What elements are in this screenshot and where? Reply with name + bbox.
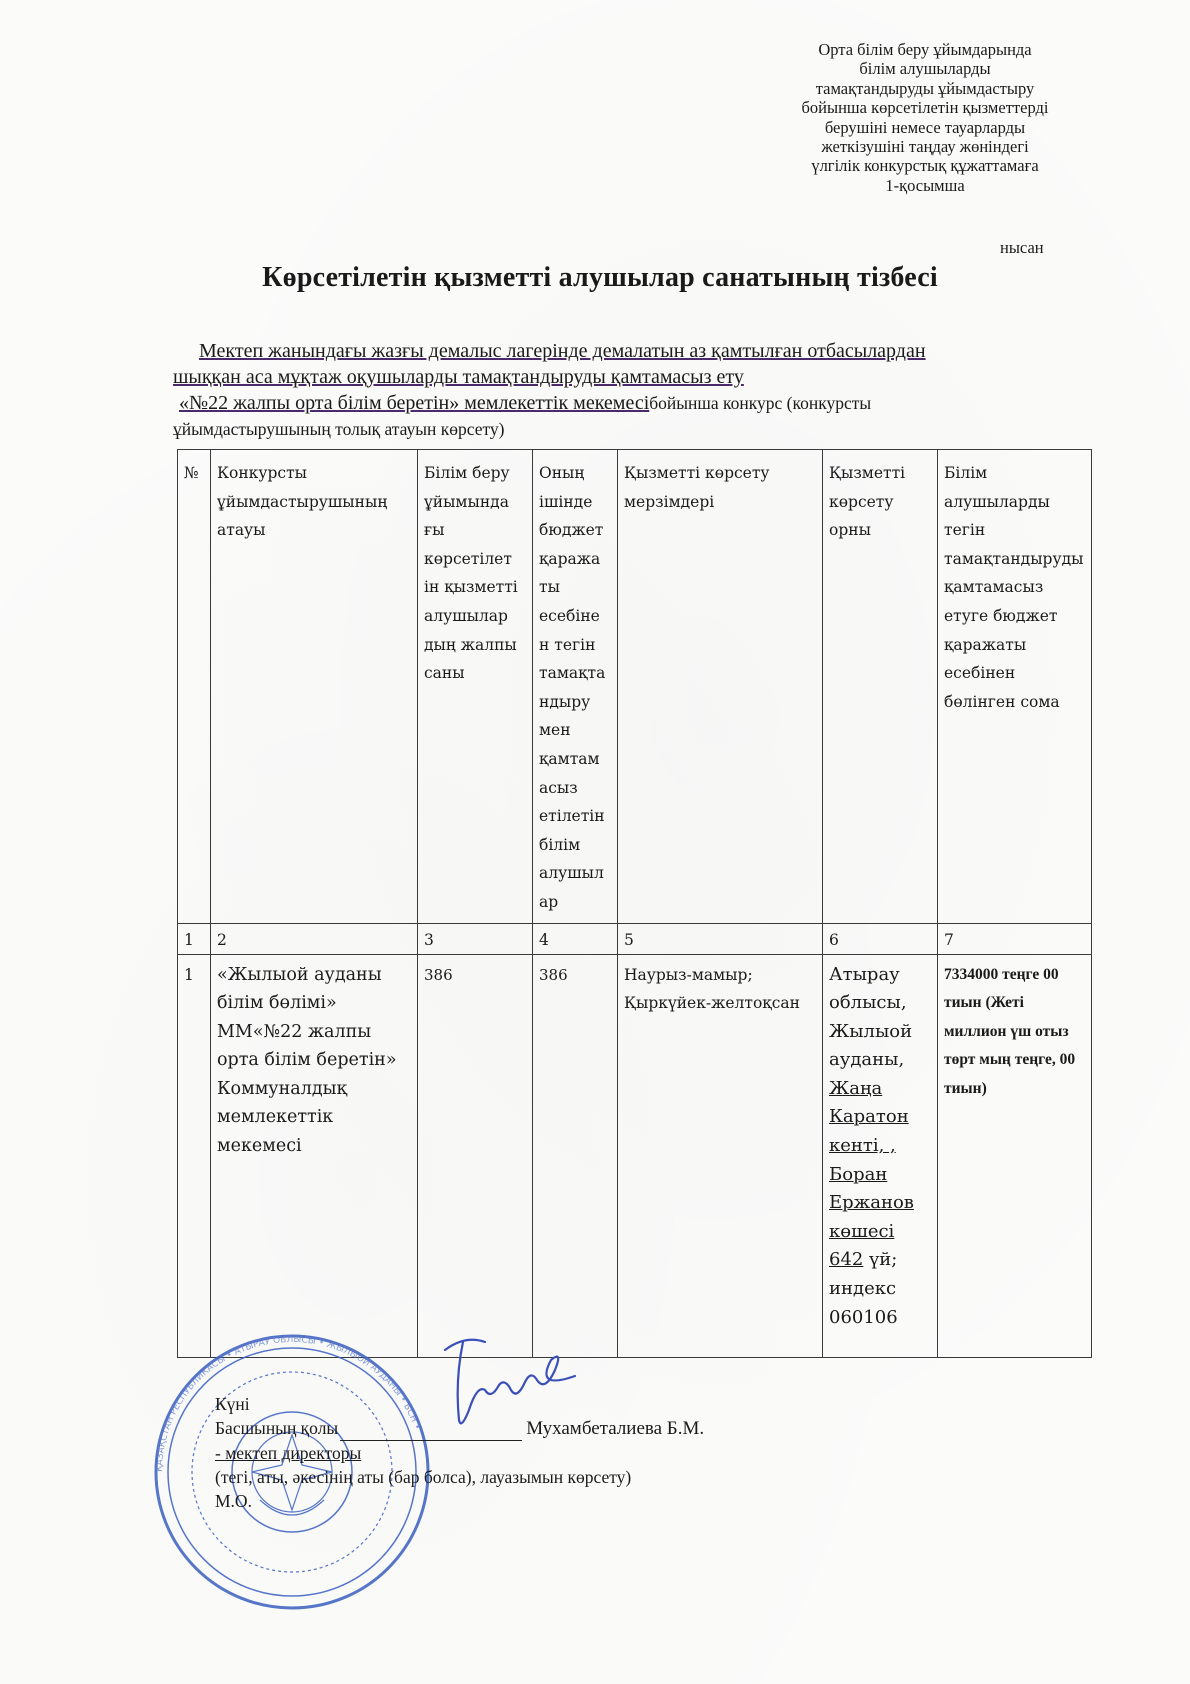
head-sign-label: Басшының қолы — [215, 1418, 338, 1438]
intro-line-3-tail: бойынша конкурс (конкурсты — [649, 393, 871, 413]
signer-position: - мектеп директоры — [215, 1441, 704, 1465]
organizer-cell: «Жылыой ауданы білім бөлімі» ММ«№22 жалп… — [211, 954, 418, 1357]
total-recipients-cell: 386 — [418, 954, 533, 1357]
header-service-period: Қызметті көрсету мерзімдері — [618, 450, 823, 924]
column-number: 7 — [938, 923, 1092, 954]
form-label: нысан — [1000, 238, 1044, 258]
signature-block: Күні Басшының қолыМухамбеталиева Б.М. - … — [215, 1392, 704, 1513]
column-number: 4 — [533, 923, 618, 954]
annex-line: тамақтандыруды ұйымдастыру — [760, 79, 1090, 98]
seal-label: М.О. — [215, 1489, 704, 1513]
recipients-table: № Конкурсты ұйымдастырушының атауы Білім… — [177, 449, 1092, 1358]
signature-line — [340, 1422, 522, 1441]
place-street: Жаңа Каратон кенті, , Боран Ержанов көше… — [829, 1078, 914, 1271]
column-number-row: 1 2 3 4 5 6 7 — [178, 923, 1092, 954]
place-region: Атырау облысы, Жылыой ауданы, — [829, 964, 912, 1071]
column-number: 6 — [823, 923, 938, 954]
period-2: Қыркүйек-желтоқсан — [624, 989, 816, 1018]
period-1: Наурыз-мамыр; — [624, 961, 816, 990]
header-budget-amount: Білім алушыларды тегін тамақтандыруды қа… — [938, 450, 1092, 924]
intro-line-1: Мектеп жанындағы жазғы демалыс лагерінде… — [199, 340, 926, 362]
budget-recipients-cell: 386 — [533, 954, 618, 1357]
signature-note: (тегі, аты, әкесінің аты (бар болса), ла… — [215, 1465, 704, 1489]
document-title: Көрсетілетін қызметті алушылар санатының… — [170, 262, 1030, 294]
service-period-cell: Наурыз-мамыр; Қыркүйек-желтоқсан — [618, 954, 823, 1357]
header-service-place: Қызметті көрсету орны — [823, 450, 938, 924]
annex-line: бойынша көрсетілетін қызметтерді — [760, 98, 1090, 117]
header-number: № — [178, 450, 211, 924]
annex-line: үлгілік конкурстық құжаттамаға — [760, 156, 1090, 175]
row-number: 1 — [178, 954, 211, 1357]
budget-amount-cell: 7334000 теңге 00 тиын (Жеті миллион үш о… — [938, 954, 1092, 1357]
column-number: 5 — [618, 923, 823, 954]
signer-name: Мухамбеталиева Б.М. — [526, 1418, 704, 1439]
organizer-name: «№22 жалпы орта білім беретін» мемлекетт… — [179, 392, 649, 414]
date-label: Күні — [215, 1392, 704, 1416]
column-number: 1 — [178, 923, 211, 954]
annex-line: білім алушыларды — [760, 59, 1090, 78]
header-budget-recipients: Оның ішінде бюджет қаража ты есебіне н т… — [533, 450, 618, 924]
annex-line: 1-қосымша — [760, 176, 1090, 195]
column-number: 3 — [418, 923, 533, 954]
intro-paragraph: Мектеп жанындағы жазғы демалыс лагерінде… — [173, 338, 1043, 442]
annex-line: Орта білім беру ұйымдарында — [760, 40, 1090, 59]
intro-line-2: шыққан аса мұқтаж оқушыларды тамақтандыр… — [173, 366, 744, 388]
table-row: 1 «Жылыой ауданы білім бөлімі» ММ«№22 жа… — [178, 954, 1092, 1357]
header-total-recipients: Білім беру ұйымында ғы көрсетілет ін қыз… — [418, 450, 533, 924]
header-organizer: Конкурсты ұйымдастырушының атауы — [211, 450, 418, 924]
service-place-cell: Атырау облысы, Жылыой ауданы, Жаңа Карат… — [823, 954, 938, 1357]
table-header-row: № Конкурсты ұйымдастырушының атауы Білім… — [178, 450, 1092, 924]
annex-line: жеткізушіні таңдау жөніндегі — [760, 137, 1090, 156]
annex-line: берушіні немесе тауарларды — [760, 118, 1090, 137]
annex-reference: Орта білім беру ұйымдарында білім алушыл… — [760, 40, 1090, 195]
column-number: 2 — [211, 923, 418, 954]
intro-line-4: ұйымдастырушының толық атауын көрсету) — [173, 416, 1043, 442]
